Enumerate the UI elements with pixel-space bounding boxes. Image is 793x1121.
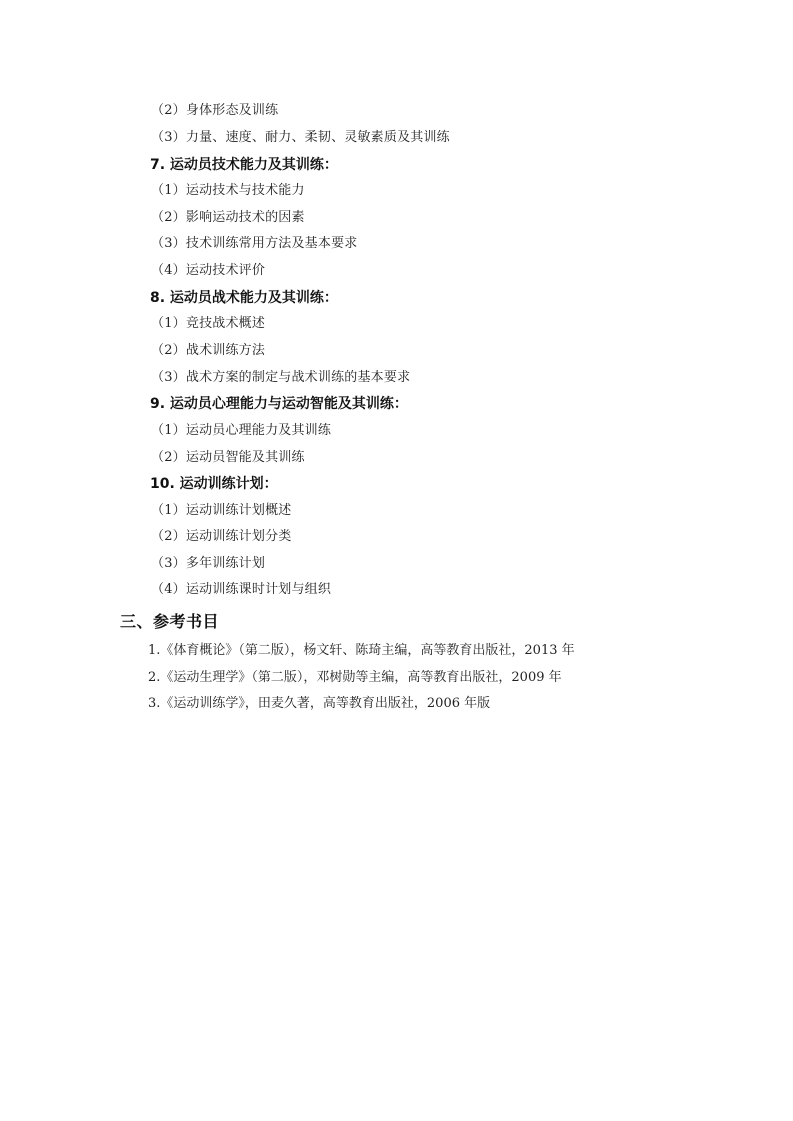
list-item: （3）力量、速度、耐力、柔韧、灵敏素质及其训练 [151,131,450,144]
list-item: （3）技术训练常用方法及基本要求 [151,237,357,250]
list-item: （2）影响运动技术的因素 [151,211,305,224]
list-item: （4）运动技术评价 [151,264,265,277]
topic-heading-8: 8. 运动员战术能力及其训练： [150,291,338,305]
reference-item: 1.《体育概论》（第二版），杨文轩、陈琦主编，高等教育出版社，2013 年 [148,644,575,657]
topic-heading-10: 10. 运动训练计划： [150,477,278,491]
list-item: （2）运动员智能及其训练 [151,451,305,464]
list-item: （1）运动技术与技术能力 [151,184,305,197]
list-item: （1）竞技战术概述 [151,317,265,330]
reference-item: 2.《运动生理学》（第二版），邓树勋等主编，高等教育出版社，2009 年 [148,671,562,684]
topic-heading-9: 9. 运动员心理能力与运动智能及其训练： [150,397,408,411]
list-item: （1）运动训练计划概述 [151,504,291,517]
topic-heading-7: 7. 运动员技术能力及其训练： [150,158,338,172]
reference-item: 3.《运动训练学》，田麦久著，高等教育出版社，2006 年版 [148,697,490,710]
list-item: （2）运动训练计划分类 [151,530,291,543]
list-item: （4）运动训练课时计划与组织 [151,583,331,596]
list-item: （1）运动员心理能力及其训练 [151,424,331,437]
list-item: （2）战术训练方法 [151,344,265,357]
section-title-references: 三、参考书目 [120,614,219,630]
list-item: （2）身体形态及训练 [151,104,278,117]
list-item: （3）战术方案的制定与战术训练的基本要求 [151,371,410,384]
list-item: （3）多年训练计划 [151,557,265,570]
